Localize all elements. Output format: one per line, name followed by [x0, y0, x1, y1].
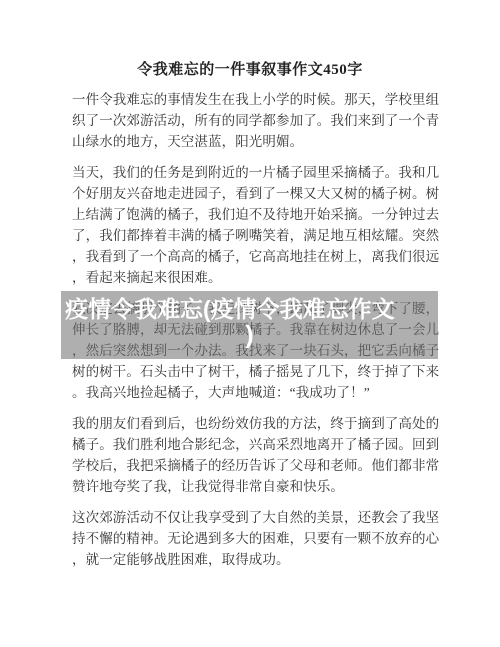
essay-body: 一件令我难忘的事情发生在我上小学的时候。那天，学校里组 织了一次郊游活动，所有的… [0, 89, 500, 570]
essay-paragraph-4: 我的朋友们看到后，也纷纷效仿我的方法，终于摘到了高处的 橘子。我们胜利地合影纪念… [72, 413, 440, 497]
essay-paragraph-2: 当天，我们的任务是到附近的一片橘子园里采摘橘子。我和几 个好朋友兴奋地走进园子，… [72, 162, 440, 288]
essay-paragraph-1: 一件令我难忘的事情发生在我上小学的时候。那天，学校里组 织了一次郊游活动，所有的… [72, 89, 440, 152]
essay-page: 令我难忘的一件事叙事作文450字 一件令我难忘的事情发生在我上小学的时候。那天，… [0, 0, 500, 647]
watermark-title-line2: ) [61, 322, 438, 349]
essay-title: 令我难忘的一件事叙事作文450字 [0, 0, 500, 79]
essay-paragraph-3-wrapper: 我决定去摘那个橘子。我走到树下，踮起了脚尖，弯下了腰， 伸长了胳膊，却无法碰到那… [72, 298, 440, 403]
essay-paragraph-5: 这次郊游活动不仅让我享受到了大自然的美景，还教会了我坚 持不懈的精神。无论遇到多… [72, 507, 440, 570]
watermark-title-line1: 疫情令我难忘(疫情令我难忘作文 [61, 291, 438, 324]
watermark-banner: 疫情令我难忘(疫情令我难忘作文 ) [61, 291, 438, 359]
